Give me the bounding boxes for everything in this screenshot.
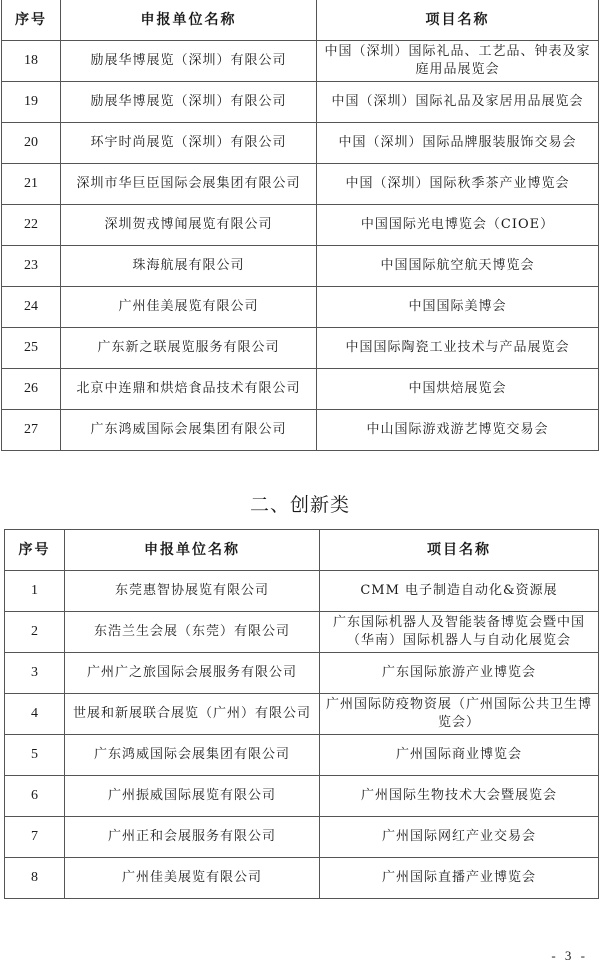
table-row: 7广州正和会展服务有限公司广州国际网红产业交易会 [5, 817, 599, 858]
project-name: 中国国际光电博览会（CIOE） [317, 205, 599, 246]
table-row: 24广州佳美展览有限公司中国国际美博会 [2, 287, 599, 328]
organization-name: 珠海航展有限公司 [61, 246, 317, 287]
serial-number: 26 [2, 369, 61, 410]
table-header-row: 序号 申报单位名称 项目名称 [5, 530, 599, 571]
table-row: 8广州佳美展览有限公司广州国际直播产业博览会 [5, 858, 599, 899]
organization-name: 北京中连鼎和烘焙食品技术有限公司 [61, 369, 317, 410]
serial-number: 22 [2, 205, 61, 246]
exhibition-table-innovation: 序号 申报单位名称 项目名称 1东莞惠智协展览有限公司CMM 电子制造自动化&资… [4, 529, 599, 899]
project-name: 中国国际美博会 [317, 287, 599, 328]
organization-name: 广东鸿威国际会展集团有限公司 [61, 410, 317, 451]
project-name: 广东国际旅游产业博览会 [320, 653, 599, 694]
header-project: 项目名称 [320, 530, 599, 571]
project-name: 广东国际机器人及智能装备博览会暨中国（华南）国际机器人与自动化展览会 [320, 612, 599, 653]
organization-name: 广州佳美展览有限公司 [65, 858, 320, 899]
project-name: 广州国际直播产业博览会 [320, 858, 599, 899]
organization-name: 广东新之联展览服务有限公司 [61, 328, 317, 369]
table-row: 19励展华博展览（深圳）有限公司中国（深圳）国际礼品及家居用品展览会 [2, 82, 599, 123]
table-row: 27广东鸿威国际会展集团有限公司中山国际游戏游艺博览交易会 [2, 410, 599, 451]
header-project: 项目名称 [317, 0, 599, 41]
organization-name: 世展和新展联合展览（广州）有限公司 [65, 694, 320, 735]
organization-name: 深圳市华巨臣国际会展集团有限公司 [61, 164, 317, 205]
table-row: 23珠海航展有限公司中国国际航空航天博览会 [2, 246, 599, 287]
project-name: 广州国际生物技术大会暨展览会 [320, 776, 599, 817]
serial-number: 23 [2, 246, 61, 287]
project-name: 中国烘焙展览会 [317, 369, 599, 410]
organization-name: 深圳贺戎博闻展览有限公司 [61, 205, 317, 246]
organization-name: 东浩兰生会展（东莞）有限公司 [65, 612, 320, 653]
page-number: - 3 - [551, 948, 588, 964]
table-row: 25广东新之联展览服务有限公司中国国际陶瓷工业技术与产品展览会 [2, 328, 599, 369]
serial-number: 18 [2, 41, 61, 82]
header-serial-number: 序号 [5, 530, 65, 571]
serial-number: 27 [2, 410, 61, 451]
header-organization: 申报单位名称 [61, 0, 317, 41]
serial-number: 6 [5, 776, 65, 817]
serial-number: 5 [5, 735, 65, 776]
exhibition-table-part1: 序号 申报单位名称 项目名称 18励展华博展览（深圳）有限公司中国（深圳）国际礼… [1, 0, 599, 451]
table-row: 4世展和新展联合展览（广州）有限公司广州国际防疫物资展（广州国际公共卫生博览会） [5, 694, 599, 735]
table-row: 3广州广之旅国际会展服务有限公司广东国际旅游产业博览会 [5, 653, 599, 694]
table-row: 22深圳贺戎博闻展览有限公司中国国际光电博览会（CIOE） [2, 205, 599, 246]
organization-name: 广东鸿威国际会展集团有限公司 [65, 735, 320, 776]
project-name: 中国（深圳）国际礼品及家居用品展览会 [317, 82, 599, 123]
serial-number: 2 [5, 612, 65, 653]
table-row: 20环宇时尚展览（深圳）有限公司中国（深圳）国际品牌服装服饰交易会 [2, 123, 599, 164]
header-organization: 申报单位名称 [65, 530, 320, 571]
table-row: 5广东鸿威国际会展集团有限公司广州国际商业博览会 [5, 735, 599, 776]
serial-number: 4 [5, 694, 65, 735]
organization-name: 广州广之旅国际会展服务有限公司 [65, 653, 320, 694]
project-name: 广州国际网红产业交易会 [320, 817, 599, 858]
table-row: 18励展华博展览（深圳）有限公司中国（深圳）国际礼品、工艺品、钟表及家庭用品展览… [2, 41, 599, 82]
table-row: 1东莞惠智协展览有限公司CMM 电子制造自动化&资源展 [5, 571, 599, 612]
serial-number: 20 [2, 123, 61, 164]
project-name: 中山国际游戏游艺博览交易会 [317, 410, 599, 451]
organization-name: 环宇时尚展览（深圳）有限公司 [61, 123, 317, 164]
project-name: 中国（深圳）国际品牌服装服饰交易会 [317, 123, 599, 164]
organization-name: 广州正和会展服务有限公司 [65, 817, 320, 858]
project-name: 广州国际商业博览会 [320, 735, 599, 776]
project-name: 中国国际陶瓷工业技术与产品展览会 [317, 328, 599, 369]
table-row: 26北京中连鼎和烘焙食品技术有限公司中国烘焙展览会 [2, 369, 599, 410]
serial-number: 7 [5, 817, 65, 858]
project-name: 广州国际防疫物资展（广州国际公共卫生博览会） [320, 694, 599, 735]
serial-number: 25 [2, 328, 61, 369]
project-name: 中国（深圳）国际礼品、工艺品、钟表及家庭用品展览会 [317, 41, 599, 82]
serial-number: 8 [5, 858, 65, 899]
serial-number: 1 [5, 571, 65, 612]
header-serial-number: 序号 [2, 0, 61, 41]
serial-number: 19 [2, 82, 61, 123]
table-row: 21深圳市华巨臣国际会展集团有限公司中国（深圳）国际秋季茶产业博览会 [2, 164, 599, 205]
serial-number: 24 [2, 287, 61, 328]
organization-name: 广州振威国际展览有限公司 [65, 776, 320, 817]
table-row: 2东浩兰生会展（东莞）有限公司广东国际机器人及智能装备博览会暨中国（华南）国际机… [5, 612, 599, 653]
serial-number: 21 [2, 164, 61, 205]
section-title-innovation: 二、创新类 [0, 490, 600, 517]
project-name: 中国（深圳）国际秋季茶产业博览会 [317, 164, 599, 205]
table-row: 6广州振威国际展览有限公司广州国际生物技术大会暨展览会 [5, 776, 599, 817]
organization-name: 东莞惠智协展览有限公司 [65, 571, 320, 612]
project-name: CMM 电子制造自动化&资源展 [320, 571, 599, 612]
project-name: 中国国际航空航天博览会 [317, 246, 599, 287]
organization-name: 励展华博展览（深圳）有限公司 [61, 41, 317, 82]
organization-name: 广州佳美展览有限公司 [61, 287, 317, 328]
table-header-row: 序号 申报单位名称 项目名称 [2, 0, 599, 41]
organization-name: 励展华博展览（深圳）有限公司 [61, 82, 317, 123]
serial-number: 3 [5, 653, 65, 694]
